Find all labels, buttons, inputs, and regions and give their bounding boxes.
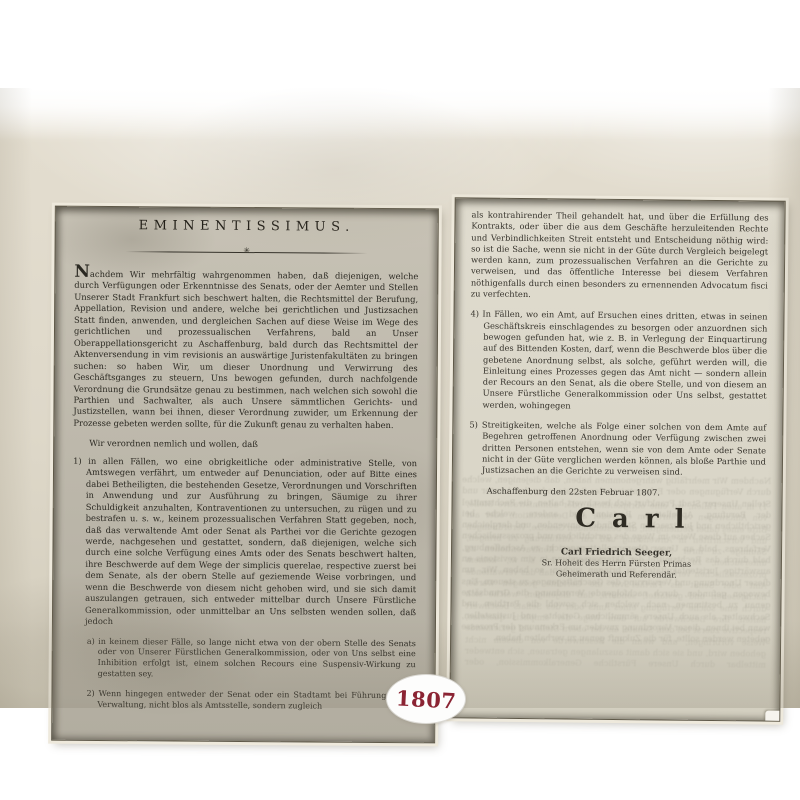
year-label-sticker: 1807 (386, 674, 466, 724)
left-page-body: Nachdem Wir mehrfältig wahrgenommen habe… (71, 268, 418, 713)
paragraph: als kontrahirender Theil gehandelt hat, … (471, 209, 769, 302)
document-title: EMINENTISSIMUS. (75, 218, 419, 235)
list-item: 5) Streitigkeiten, welche als Folge eine… (469, 419, 767, 479)
framed-document-photo: EMINENTISSIMUS. ✳ Nachdem Wir mehrfältig… (0, 88, 800, 708)
signature-block: Carl Friedrich Seeger, Sr. Hoheit des He… (468, 546, 765, 582)
list-subitem: a) in keinem dieser Fälle, so lange nich… (87, 636, 416, 681)
paragraph: Nachdem Wir mehrfältig wahrgenommen habe… (73, 268, 418, 432)
list-item: 4) In Fällen, wo ein Amt, auf Ersuchen e… (470, 309, 768, 414)
ornament-star-icon: ✳ (243, 246, 250, 255)
paragraph: Wir verordnen nemlich und wollen, daß (73, 438, 417, 452)
folded-corner (765, 711, 781, 722)
list-subitem: 2) Wenn hingegen entweder der Senat oder… (86, 689, 415, 713)
signature-line: Geheimerath und Referendär. (468, 568, 765, 582)
dateline: Aschaffenburg den 22sten Februar 1807. (469, 485, 766, 499)
list-item: 1) in allen Fällen, wo eine obrigkeitlic… (72, 456, 417, 630)
document-page-left: EMINENTISSIMUS. ✳ Nachdem Wir mehrfältig… (51, 206, 439, 744)
ornament-rule: ✳ (103, 248, 391, 256)
document-page-right: 1) in allen Fällen, wo eine obrigkeitlic… (449, 197, 785, 721)
right-page-body: als kontrahirender Theil gehandelt hat, … (468, 209, 769, 581)
signature-name: Carl (510, 513, 765, 527)
year-label-text: 1807 (395, 685, 457, 713)
